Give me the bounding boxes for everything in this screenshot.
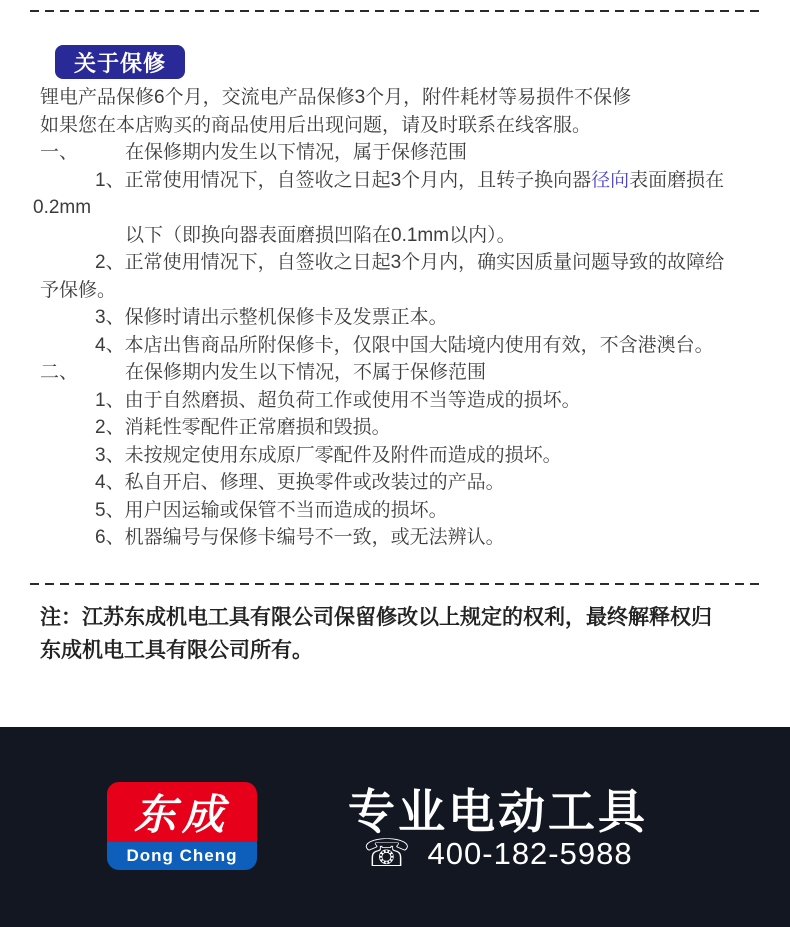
section2-marker: 二、	[40, 359, 125, 387]
logo-en-text: Dong Cheng	[126, 846, 237, 866]
legal-note-line: 注：江苏东成机电工具有限公司保留修改以上规定的权利，最终解释权归	[40, 601, 766, 634]
item-text: 表面磨损在	[629, 170, 724, 191]
warranty-promo-page: 关于保修 锂电产品保修6个月，交流电产品保修3个月，附件耗材等易损件不保修 如果…	[0, 0, 790, 927]
section1-item2-wrap: 予保修。	[40, 277, 766, 305]
section1-item4: 4、本店出售商品所附保修卡，仅限中国大陆境内使用有效，不含港澳台。	[40, 332, 766, 360]
legal-note: 注：江苏东成机电工具有限公司保留修改以上规定的权利，最终解释权归 东成机电工具有…	[40, 601, 766, 667]
section2-item1: 1、由于自然磨损、超负荷工作或使用不当等造成的损坏。	[40, 387, 766, 415]
warranty-intro-line: 如果您在本店购买的商品使用后出现问题，请及时联系在线客服。	[40, 112, 766, 140]
logo-cn-text: 东成	[134, 782, 230, 842]
section2-item5: 5、用户因运输或保管不当而造成的损坏。	[40, 497, 766, 525]
brand-footer: 东成 Dong Cheng 专业电动工具 ☏ 400-182-5988	[0, 727, 790, 927]
logo-red-panel: 东成	[107, 782, 257, 842]
warranty-badge: 关于保修	[55, 45, 185, 79]
section1-title: 在保修期内发生以下情况，属于保修范围	[125, 142, 467, 163]
bottom-divider	[30, 583, 760, 585]
section1-marker: 一、	[40, 139, 125, 167]
section1-item2: 2、正常使用情况下，自签收之日起3个月内，确实因质量问题导致的故障给	[40, 249, 766, 277]
top-divider	[30, 10, 760, 12]
radial-term-link[interactable]: 径向	[591, 170, 629, 191]
section1-item3: 3、保修时请出示整机保修卡及发票正本。	[40, 304, 766, 332]
hotline: ☏ 400-182-5988	[363, 835, 633, 873]
legal-note-line: 东成机电工具有限公司所有。	[40, 634, 766, 667]
warranty-intro-line: 锂电产品保修6个月，交流电产品保修3个月，附件耗材等易损件不保修	[40, 84, 766, 112]
section1-heading: 一、在保修期内发生以下情况，属于保修范围	[40, 139, 766, 167]
item-text: 1、正常使用情况下，自签收之日起3个月内，且转子换向器	[95, 170, 591, 191]
section2-item3: 3、未按规定使用东成原厂零配件及附件而造成的损坏。	[40, 442, 766, 470]
section2-title: 在保修期内发生以下情况，不属于保修范围	[125, 362, 486, 383]
logo-blue-panel: Dong Cheng	[107, 842, 257, 870]
section2-heading: 二、在保修期内发生以下情况，不属于保修范围	[40, 359, 766, 387]
section2-item2: 2、消耗性零配件正常磨损和毁损。	[40, 414, 766, 442]
hotline-number: 400-182-5988	[428, 836, 633, 872]
section1-item1: 1、正常使用情况下，自签收之日起3个月内，且转子换向器径向表面磨损在	[40, 167, 766, 195]
telephone-icon: ☏	[363, 835, 411, 873]
section1-item1-wrap: 以下（即换向器表面磨损凹陷在0.1mm以内）。	[40, 222, 766, 250]
brand-slogan: 专业电动工具	[348, 775, 648, 842]
section2-item6: 6、机器编号与保修卡编号不一致，或无法辨认。	[40, 524, 766, 552]
warranty-terms: 锂电产品保修6个月，交流电产品保修3个月，附件耗材等易损件不保修 如果您在本店购…	[40, 84, 766, 552]
section1-item1-wrap: 0.2mm	[33, 194, 766, 222]
dongcheng-logo: 东成 Dong Cheng	[107, 782, 257, 870]
section2-item4: 4、私自开启、修理、更换零件或改装过的产品。	[40, 469, 766, 497]
